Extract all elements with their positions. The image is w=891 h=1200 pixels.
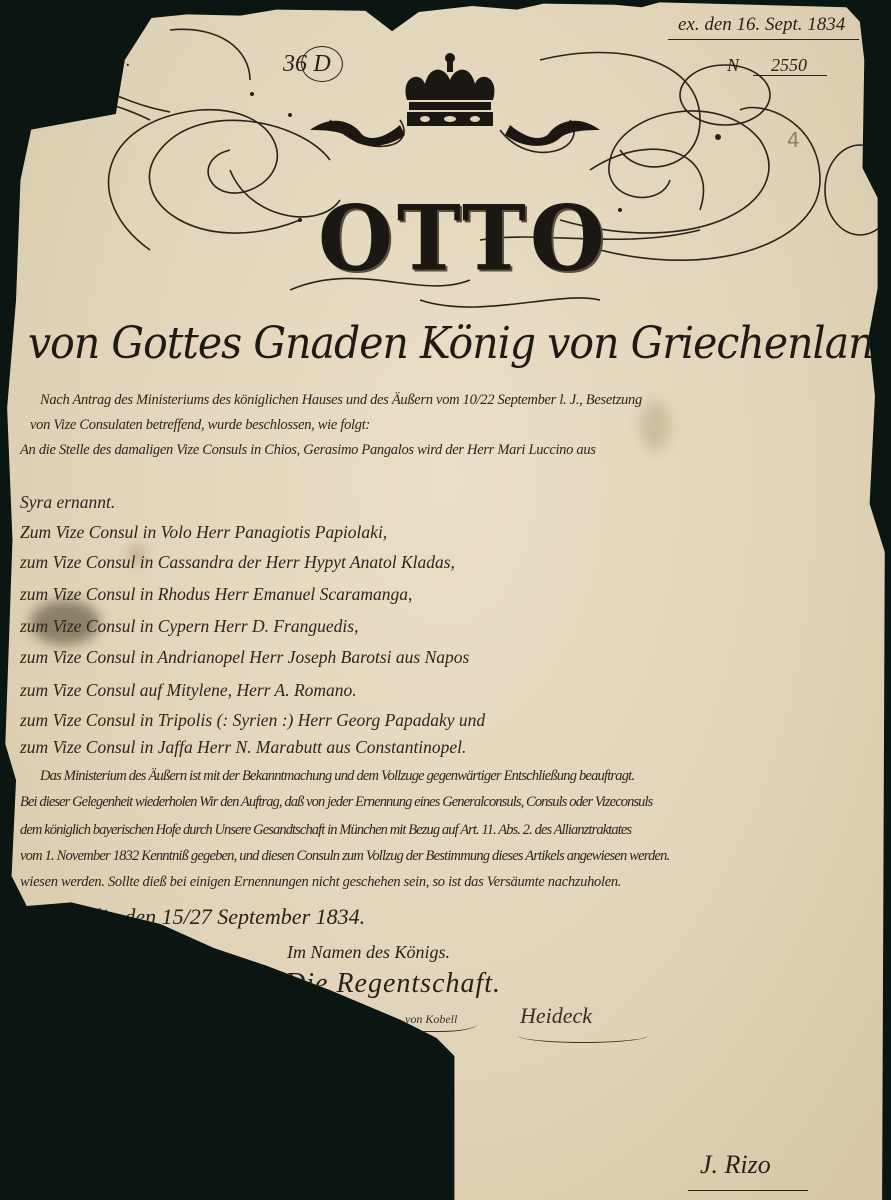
signature-armansperg: Armansperg (283, 1015, 364, 1040)
in-name-of-king: Im Namen des Königs. (287, 942, 450, 963)
body-line: wiesen werden. Sollte dieß bei einigen E… (20, 874, 621, 891)
registry-number-value: 2550 (753, 55, 827, 76)
registry-number: N2550 (727, 55, 827, 76)
nro-number: 16753. (78, 50, 130, 71)
body-line: zum Vize Consul in Andrianopel Herr Jose… (20, 647, 469, 668)
reference-circled-letter: D (301, 46, 343, 82)
body-line: zum Vize Consul in Cassandra der Herr Hy… (20, 552, 455, 573)
nro-label: Nro (38, 50, 68, 71)
signature-underline (518, 1028, 648, 1043)
page-number: 4 (787, 128, 800, 152)
body-line: Syra ernannt. (20, 492, 115, 513)
registry-prefix: N (727, 55, 739, 75)
ribbon-ornament (305, 100, 605, 150)
countersignature: J. Rizo (700, 1150, 771, 1180)
document-paper: Nro 16753. 36D ex. den 16. Sept. 1834 N2… (0, 0, 891, 1200)
body-line: Nach Antrag des Ministeriums des königli… (40, 392, 885, 409)
body-line: Zum Vize Consul in Volo Herr Panagiotis … (20, 522, 387, 543)
body-line: dem königlich bayerischen Hofe durch Uns… (20, 822, 631, 839)
document-number: Nro 16753. (38, 50, 131, 72)
place-and-date: Nauplia den 15/27 September 1834. (48, 904, 365, 930)
reference-mark: 36D (283, 46, 343, 82)
body-line: zum Vize Consul in Rhodus Herr Emanuel S… (20, 584, 412, 605)
pencil-mark: A (268, 1112, 286, 1142)
signature-heideck: Heideck (520, 1003, 592, 1029)
registry-date: ex. den 16. Sept. 1834 (668, 14, 859, 40)
countersignature-underline (688, 1180, 808, 1191)
body-line: An die Stelle des damaligen Vize Consuls… (20, 442, 596, 459)
regency-title: Die Regentschaft. (285, 968, 501, 1000)
body-line: Bei dieser Gelegenheit wiederholen Wir d… (20, 794, 652, 811)
body-line: zum Vize Consul in Cypern Herr D. Frangu… (20, 616, 358, 637)
body-line: zum Vize Consul auf Mitylene, Herr A. Ro… (20, 680, 357, 701)
body-line: zum Vize Consul in Jaffa Herr N. Marabut… (20, 737, 466, 758)
signature-kobell: von Kobell (385, 1012, 477, 1032)
royal-title: von Gottes Gnaden König von Griechenland… (28, 318, 891, 369)
body-line: vom 1. November 1832 Kenntniß gegeben, u… (20, 848, 669, 865)
body-line: von Vize Consulaten betreffend, wurde be… (30, 417, 370, 434)
monarch-name: OTTO (318, 185, 609, 291)
body-line: Das Ministerium des Äußern ist mit der B… (40, 768, 634, 785)
body-line: zum Vize Consul in Tripolis (: Syrien :)… (20, 710, 485, 731)
